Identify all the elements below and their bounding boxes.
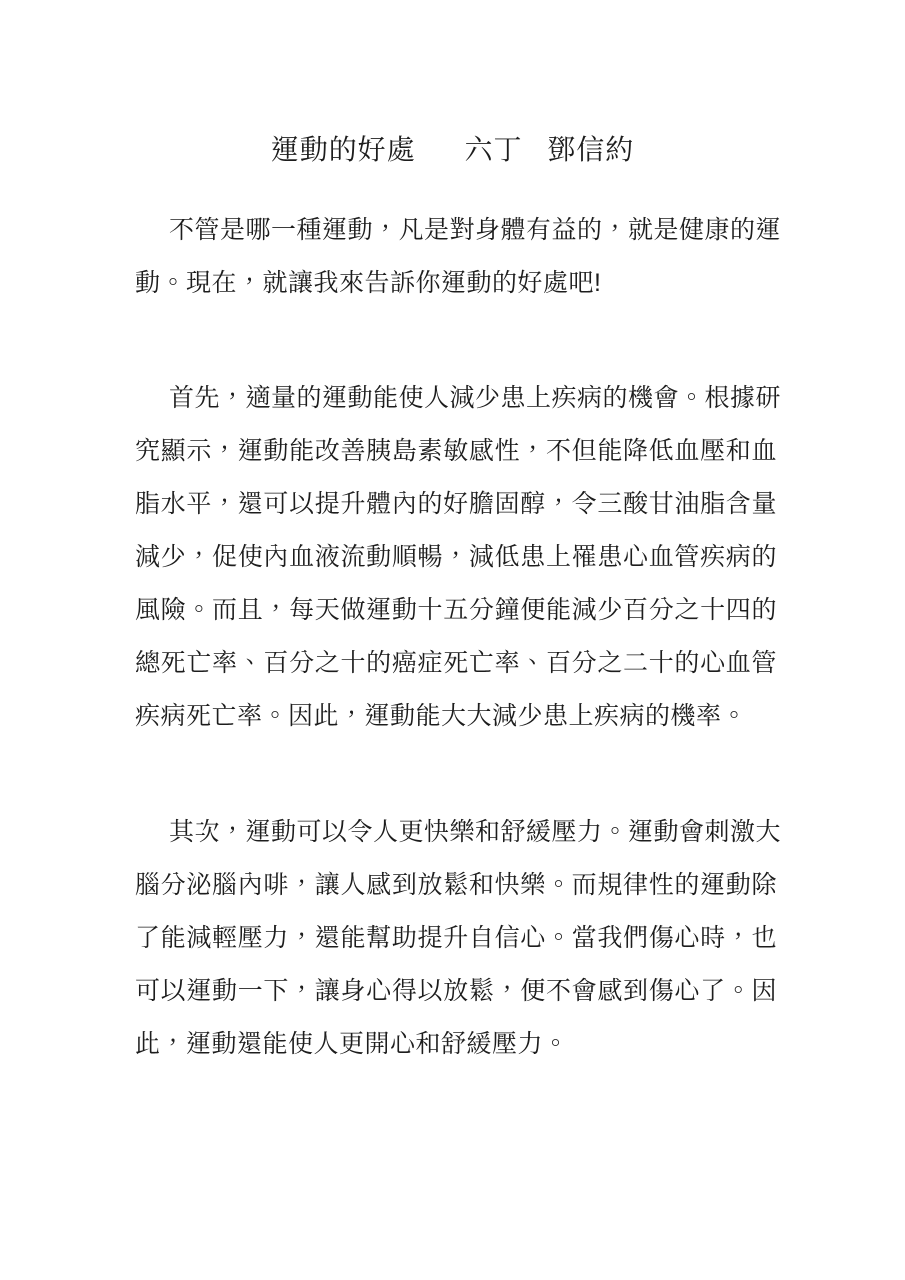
text-line: 首先，適量的運動能使人減少患上疾病的機會。根據研: [135, 372, 777, 425]
text-line: 疾病死亡率。因此，運動能大大減少患上疾病的機率。: [135, 690, 777, 743]
paragraph-intro: 不管是哪一種運動，凡是對身體有益的，就是健康的運 動。現在，就讓我來告訴你運動的…: [135, 204, 777, 310]
text-line: 究顯示，運動能改善胰島素敏感性，不但能降低血壓和血: [135, 425, 777, 478]
document-page: 運動的好處 六丁 鄧信約 不管是哪一種運動，凡是對身體有益的，就是健康的運 動。…: [0, 0, 905, 1280]
text-line: 總死亡率、百分之十的癌症死亡率、百分之二十的心血管: [135, 637, 777, 690]
title-text: 運動的好處: [271, 134, 416, 165]
text-line: 減少，促使內血液流動順暢，減低患上罹患心血管疾病的: [135, 531, 777, 584]
text-line: 此，運動還能使人更開心和舒緩壓力。: [135, 1018, 777, 1071]
paragraph-health-benefits: 首先，適量的運動能使人減少患上疾病的機會。根據研 究顯示，運動能改善胰島素敏感性…: [135, 372, 777, 743]
text-line: 動。現在，就讓我來告訴你運動的好處吧!: [135, 257, 777, 310]
text-line: 脂水平，還可以提升體內的好膽固醇，令三酸甘油脂含量: [135, 478, 777, 531]
author-class-label: 六丁: [464, 134, 522, 165]
text-line: 可以運動一下，讓身心得以放鬆，便不會感到傷心了。因: [135, 965, 777, 1018]
text-line: 風險。而且，每天做運動十五分鐘便能減少百分之十四的: [135, 584, 777, 637]
document-title: 運動的好處 六丁 鄧信約: [0, 130, 905, 170]
paragraph-mood-benefits: 其次，運動可以令人更快樂和舒緩壓力。運動會刺激大 腦分泌腦內啡，讓人感到放鬆和快…: [135, 806, 777, 1071]
text-line: 腦分泌腦內啡，讓人感到放鬆和快樂。而規律性的運動除: [135, 859, 777, 912]
text-line: 其次，運動可以令人更快樂和舒緩壓力。運動會刺激大: [135, 806, 777, 859]
text-line: 不管是哪一種運動，凡是對身體有益的，就是健康的運: [135, 204, 777, 257]
author-name: 鄧信約: [547, 134, 634, 165]
text-line: 了能減輕壓力，還能幫助提升自信心。當我們傷心時，也: [135, 912, 777, 965]
